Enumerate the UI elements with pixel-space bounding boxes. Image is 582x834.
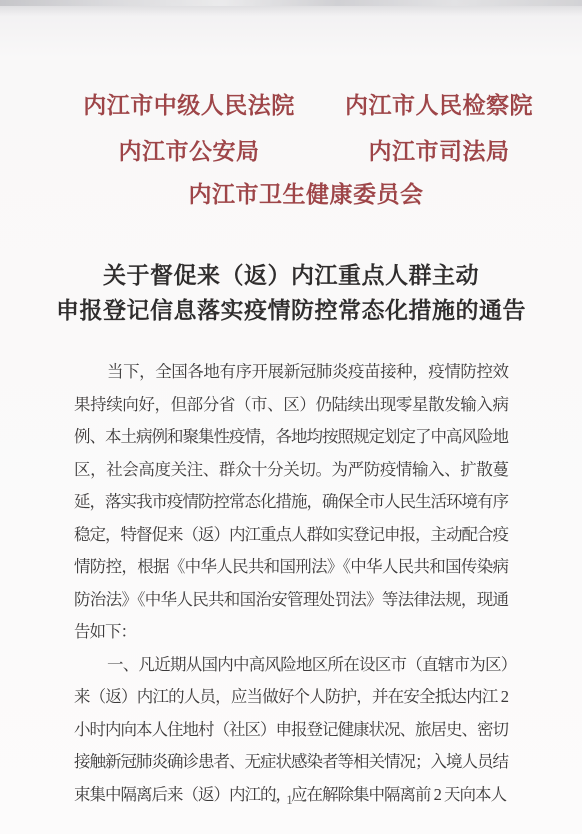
- title-line-2: 申报登记信息落实疫情防控常态化措施的通告: [0, 293, 582, 328]
- page-number: - 1 -: [0, 792, 582, 808]
- paragraph-item-one: 一、凡近期从国内中高风险地区所在设区市（直辖市为区）来（返）内江的人员，应当做好…: [74, 649, 508, 812]
- org-header-row-1: 内江市中级人民法院 内江市人民检察院: [64, 80, 564, 126]
- title-line-1: 关于督促来（返）内江重点人群主动: [0, 258, 582, 293]
- document-page: 内江市中级人民法院 内江市人民检察院 内江市公安局 内江市司法局 内江市卫生健康…: [0, 0, 582, 834]
- org-header-grid: 内江市中级人民法院 内江市人民检察院 内江市公安局 内江市司法局: [64, 80, 564, 172]
- org-name-intermediate-court: 内江市中级人民法院: [64, 87, 314, 120]
- org-name-justice-bureau: 内江市司法局: [314, 133, 564, 166]
- org-header-row-3: 内江市卫生健康委员会: [0, 172, 582, 218]
- org-name-procuratorate: 内江市人民检察院: [314, 87, 564, 120]
- paragraph-intro: 当下，全国各地有序开展新冠肺炎疫苗接种，疫情防控效果持续向好，但部分省（市、区）…: [74, 356, 508, 649]
- document-title: 关于督促来（返）内江重点人群主动 申报登记信息落实疫情防控常态化措施的通告: [0, 258, 582, 328]
- org-name-health-commission: 内江市卫生健康委员会: [189, 182, 424, 207]
- document-body: 当下，全国各地有序开展新冠肺炎疫苗接种，疫情防控效果持续向好，但部分省（市、区）…: [74, 356, 508, 811]
- issuing-orgs-header: 内江市中级人民法院 内江市人民检察院 内江市公安局 内江市司法局 内江市卫生健康…: [0, 80, 582, 218]
- org-name-public-security-bureau: 内江市公安局: [64, 133, 314, 166]
- scan-edge-artifact: [0, 0, 582, 6]
- org-header-row-2: 内江市公安局 内江市司法局: [64, 126, 564, 172]
